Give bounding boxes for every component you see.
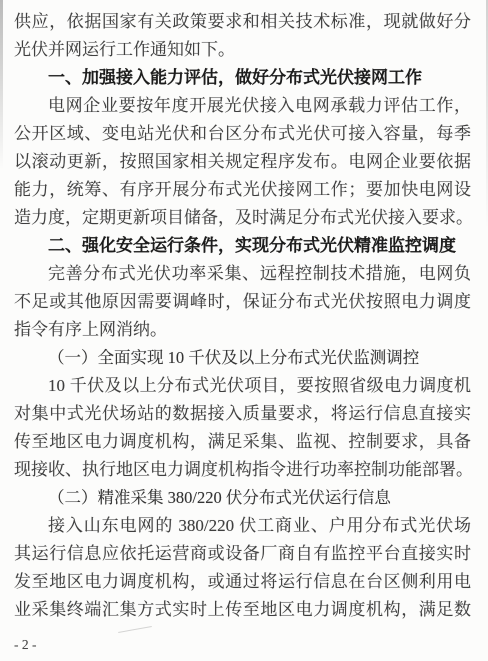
text-line: 光伏并网运行工作通知如下。 bbox=[14, 36, 471, 64]
scan-edge-shadow-left bbox=[0, 0, 3, 170]
text-line: 现接收、执行地区电力调度机构指令进行功率控制功能部署。 bbox=[14, 456, 471, 484]
page-number: - 2 - bbox=[14, 637, 471, 653]
text-line: 不足或其他原因需要调峰时，保证分布式光伏按照电力调度机构 bbox=[14, 288, 471, 316]
text-line: 指令有序上网消纳。 bbox=[14, 316, 471, 344]
text-line: 发至地区电力调度机构，或通过将运行信息在台区侧利用电网企 bbox=[14, 568, 471, 596]
text-line: 完善分布式光伏功率采集、远程控制技术措施，电网负备用 bbox=[14, 260, 471, 288]
text-line: 公开区域、变电站光伏和台区分布式光伏可接入容量，每季度予 bbox=[14, 120, 471, 148]
text-line: 业采集终端汇集方式实时上传至地区电力调度机构，满足数据采 bbox=[14, 596, 471, 624]
text-line: 以滚动更新，按照国家相关规定程序发布。电网企业要依据承载 bbox=[14, 148, 471, 176]
subsection-heading-2: （二）精准采集 380/220 伏分布式光伏运行信息 bbox=[14, 484, 471, 512]
text-line: 对集中式光伏场站的数据接入质量要求，将运行信息直接实时上 bbox=[14, 400, 471, 428]
section-heading-1: 一、加强接入能力评估，做好分布式光伏接网工作 bbox=[14, 64, 471, 92]
text-line: 传至地区电力调度机构，满足采集、监视、控制要求，具备并实 bbox=[14, 428, 471, 456]
text-line: 其运行信息应依托运营商或设备厂商自有监控平台直接实时转 bbox=[14, 540, 471, 568]
scan-artifact-line bbox=[118, 626, 152, 633]
text-line: 供应，依据国家有关政策要求和相关技术标准，现就做好分布式 bbox=[14, 8, 471, 36]
text-line: 接入山东电网的 380/220 伏工商业、户用分布式光伏场站， bbox=[14, 512, 471, 540]
document-page: 供应，依据国家有关政策要求和相关技术标准，现就做好分布式 光伏并网运行工作通知如… bbox=[0, 0, 488, 661]
subsection-heading-1: （一）全面实现 10 千伏及以上分布式光伏监测调控 bbox=[14, 344, 471, 372]
text-line: 造力度，定期更新项目储备，及时满足分布式光伏接入要求。 bbox=[14, 204, 471, 232]
text-line: 10 千伏及以上分布式光伏项目，要按照省级电力调度机构 bbox=[14, 372, 471, 400]
text-line: 电网企业要按年度开展光伏接入电网承载力评估工作，主动 bbox=[14, 92, 471, 120]
text-line: 能力，统筹、有序开展分布式光伏接网工作；要加快电网设备改 bbox=[14, 176, 471, 204]
section-heading-2: 二、强化安全运行条件，实现分布式光伏精准监控调度 bbox=[14, 232, 471, 260]
